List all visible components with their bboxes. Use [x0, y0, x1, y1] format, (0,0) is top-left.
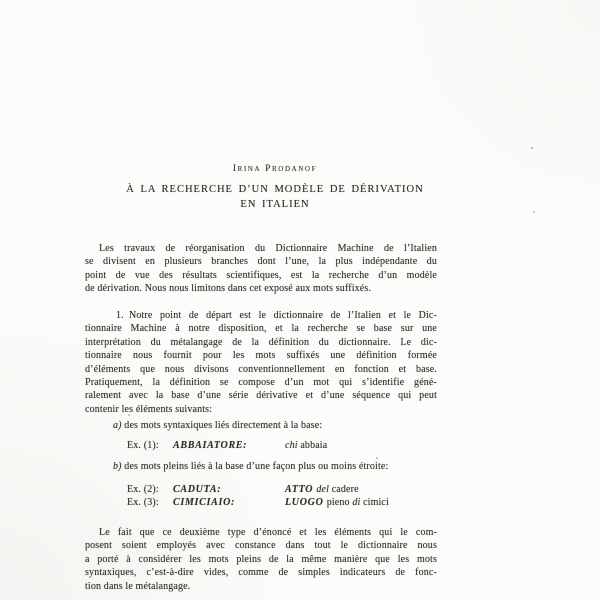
- list-item-a: a) des mots syntaxiques liés directement…: [113, 419, 443, 432]
- example-2: Ex. (2):CADUTA:ATTO del cadere: [127, 483, 389, 496]
- paragraph-intro: Les travaux de réorganisation du Diction…: [85, 242, 437, 296]
- example-group: Ex. (2):CADUTA:ATTO del cadere Ex. (3):C…: [127, 483, 389, 510]
- list-item-a-text: des mots syntaxiques liés directement à …: [122, 420, 323, 431]
- paper-title-line2: EN ITALIEN: [75, 198, 475, 213]
- scan-speck: [533, 211, 535, 213]
- scan-speck: [531, 147, 533, 149]
- list-item-a-letter: a): [113, 420, 122, 431]
- list-item-b-letter: b): [113, 461, 122, 472]
- example-3-label: Ex. (3):: [127, 496, 173, 509]
- author-name: Irina Prodanof: [75, 163, 475, 176]
- scanned-paper-page: Irina Prodanof À LA RECHERCHE D’UN MODÈL…: [0, 0, 600, 600]
- example-3-term: CIMICIAIO:: [173, 496, 285, 509]
- example-3: Ex. (3):CIMICIAIO:LUOGO pieno di cimici: [127, 496, 389, 509]
- example-3-gloss: LUOGO pieno di cimici: [285, 497, 389, 508]
- scan-speck: [128, 414, 130, 416]
- example-2-label: Ex. (2):: [127, 483, 173, 496]
- example-1-term: ABBAIATORE:: [173, 439, 285, 452]
- example-2-gloss: ATTO del cadere: [285, 484, 359, 495]
- list-item-b: b) des mots pleins liés à la base d’une …: [113, 460, 443, 473]
- example-1-label: Ex. (1):: [127, 439, 173, 452]
- example-1: Ex. (1):ABBAIATORE:chi abbaia: [127, 439, 327, 452]
- example-2-term: CADUTA:: [173, 483, 285, 496]
- example-1-gloss: chi abbaia: [285, 440, 327, 451]
- paragraph-section-1: 1. Notre point de départ est le dictionn…: [85, 309, 437, 416]
- paragraph-conclusion: Le fait que ce deuxième type d’énoncé et…: [85, 526, 437, 593]
- scan-speck: [376, 457, 378, 459]
- paper-title-line1: À LA RECHERCHE D’UN MODÈLE DE DÉRIVATION: [75, 183, 475, 198]
- list-item-b-text: des mots pleins liés à la base d’une faç…: [122, 461, 389, 472]
- paper-title: À LA RECHERCHE D’UN MODÈLE DE DÉRIVATION…: [75, 183, 475, 212]
